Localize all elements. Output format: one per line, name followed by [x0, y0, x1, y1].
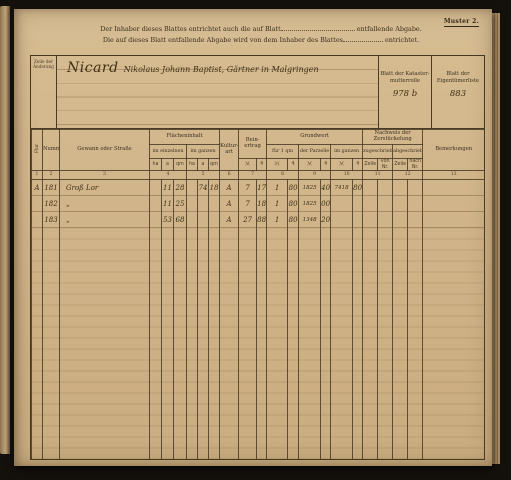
owner-name-area: Nicard Nikolaus Johann Baptist, Gärtner …: [57, 56, 378, 128]
empty-cell: [423, 228, 485, 460]
cell-e-ha: [150, 212, 162, 228]
cell-gw-ganzen-m: [331, 212, 353, 228]
katastermutterrolle-label: Blatt der Kataster­mutterrolle: [379, 71, 431, 85]
empty-table-body: [32, 228, 485, 460]
cell-ab-zeile: [393, 180, 408, 196]
empty-cell: [187, 228, 198, 460]
col-number: 3: [60, 171, 150, 180]
cell-nummer: 181: [43, 180, 60, 196]
cell-gw-parzelle-m: 1825: [299, 180, 321, 196]
cell-g-qm: [209, 212, 220, 228]
subheader-im-einzelnen: im einzelnen: [150, 145, 187, 159]
cell-e-a: 53: [162, 212, 174, 228]
cell-zu-zeile: [363, 212, 378, 228]
cell-g-a: [198, 212, 209, 228]
cell-ab-zeile: [393, 212, 408, 228]
ledger-form: Zeile der Änderung Nicard Nikolaus Johan…: [30, 55, 485, 460]
col-header-nachweis: Nachweis der Zerstückelung: [363, 130, 423, 145]
col-header-nummer: Nummer: [43, 130, 60, 171]
eigentuemerliste-value: 883: [432, 89, 484, 100]
cell-nummer: 182: [43, 196, 60, 212]
unit-mark: ℳ: [267, 159, 288, 171]
page-stack-edge: [492, 13, 500, 464]
cell-flur: [32, 196, 43, 212]
subheader-der-parzelle: der Parzelle: [299, 145, 331, 159]
col-number: 10: [331, 171, 363, 180]
cell-ab-nach: [408, 212, 423, 228]
empty-cell: [257, 228, 267, 460]
empty-cell: [209, 228, 220, 460]
unit-ha: ha: [187, 159, 198, 171]
empty-cell: [393, 228, 408, 460]
row-change-label: Zeile der Änderung: [31, 56, 57, 128]
cell-flur: A: [32, 180, 43, 196]
unit-mark: ℳ: [299, 159, 321, 171]
col-header-flaecheninhalt: Flächeninhalt: [150, 130, 220, 145]
cell-reinertrag-m: 27: [239, 212, 257, 228]
cell-flur: [32, 212, 43, 228]
unit-pfennig: ₰: [353, 159, 363, 171]
cell-gw-ganzen-pf: 80: [353, 180, 363, 196]
col-number: 7: [239, 171, 267, 180]
unit-pfennig: ₰: [257, 159, 267, 171]
cell-e-ha: [150, 180, 162, 196]
cell-gw-qm-m: 1: [267, 196, 288, 212]
cell-e-qm: 25: [174, 196, 187, 212]
empty-cell: [299, 228, 321, 460]
empty-cell: [174, 228, 187, 460]
col-number: 8: [267, 171, 299, 180]
owner-band: Zeile der Änderung Nicard Nikolaus Johan…: [31, 56, 484, 129]
cell-zu-von: [378, 196, 393, 212]
subheader-abgeschrieben: abgeschrieben: [393, 145, 423, 159]
col-number: 13: [423, 171, 485, 180]
col-header-kulturart: Kultur­art: [220, 130, 239, 171]
owner-surname: Nicard: [67, 60, 119, 76]
cell-reinertrag-m: 7: [239, 180, 257, 196]
empty-cell: [220, 228, 239, 460]
col-number: 12: [393, 171, 423, 180]
cell-g-qm: [209, 196, 220, 212]
unit-qm: qm: [174, 159, 187, 171]
col-number: 4: [150, 171, 187, 180]
cell-gw-parzelle-pf: 20: [321, 212, 331, 228]
ledger-page: Muster 2. Der Inhaber dieses Blattes ent…: [14, 9, 492, 466]
katastermutterrolle-box: Blatt der Kataster­mutterrolle 978 b: [378, 56, 431, 128]
cell-bemerkungen: [423, 212, 485, 228]
previous-page-edge: [0, 6, 10, 454]
cell-gw-ganzen-pf: [353, 196, 363, 212]
cell-gw-qm-pf: 80: [288, 196, 299, 212]
dotted-blank: [281, 24, 355, 31]
cell-g-ha: [187, 212, 198, 228]
col-number: 5: [187, 171, 220, 180]
cell-ab-nach: [408, 180, 423, 196]
cell-g-ha: [187, 180, 198, 196]
cell-gw-parzelle-pf: 40: [321, 180, 331, 196]
empty-cell: [321, 228, 331, 460]
cell-gw-parzelle-m: 1825: [299, 196, 321, 212]
header-line-1: Der Inhaber dieses Blattes entrichtet au…: [66, 24, 456, 35]
col-header-flur: Flur: [32, 130, 43, 171]
cell-kulturart: A: [220, 180, 239, 196]
cell-gw-qm-pf: 80: [288, 212, 299, 228]
cell-nummer: 183: [43, 212, 60, 228]
empty-cell: [267, 228, 288, 460]
cell-gw-ganzen-pf: [353, 212, 363, 228]
cell-bemerkungen: [423, 196, 485, 212]
eigentuemerliste-box: Blatt der Eigentümerliste 883: [431, 56, 484, 128]
cell-zu-zeile: [363, 180, 378, 196]
empty-cell: [150, 228, 162, 460]
empty-cell: [162, 228, 174, 460]
empty-cell: [331, 228, 353, 460]
unit-zeile: Zeile: [393, 159, 408, 171]
cell-gw-qm-m: 1: [267, 180, 288, 196]
empty-cell: [239, 228, 257, 460]
cell-kulturart: A: [220, 196, 239, 212]
unit-nach-nr: nach Nr.: [408, 159, 423, 171]
printed-header: Der Inhaber dieses Blattes entrichtet au…: [66, 24, 456, 46]
cell-reinertrag-pf: 88: [257, 212, 267, 228]
unit-mark: ℳ: [331, 159, 353, 171]
cell-gw-ganzen-m: 7418: [331, 180, 353, 196]
scanned-ledger-page: { "page": { "marker": "Muster 2." }, "he…: [0, 0, 511, 480]
table-row: 183 „ 53 68 A 27 88 1 80 1348 20: [32, 212, 485, 228]
empty-cell: [32, 228, 43, 460]
cell-reinertrag-pf: 17: [257, 180, 267, 196]
cell-kulturart: A: [220, 212, 239, 228]
cell-gw-ganzen-m: [331, 196, 353, 212]
empty-cell: [353, 228, 363, 460]
subheader-zugeschrieben: zugeschrieben: [363, 145, 393, 159]
empty-cell: [408, 228, 423, 460]
cell-gewann: „: [60, 196, 150, 212]
empty-cell: [288, 228, 299, 460]
cell-e-qm: 68: [174, 212, 187, 228]
unit-mark: ℳ: [239, 159, 257, 171]
header-line-2: Die auf dieses Blatt entfallende Abgabe …: [66, 35, 456, 46]
unit-a: a: [198, 159, 209, 171]
col-number: 11: [363, 171, 393, 180]
col-header-grundwert: Grundwert: [267, 130, 363, 145]
cell-bemerkungen: [423, 180, 485, 196]
cell-gw-qm-m: 1: [267, 212, 288, 228]
col-header-reinertrag: Rein­ertrag: [239, 130, 267, 159]
unit-ha: ha: [150, 159, 162, 171]
subheader-fuer-1qm: für 1 qm: [267, 145, 299, 159]
unit-a: a: [162, 159, 174, 171]
subheader-im-ganzen: im ganzen: [187, 145, 220, 159]
empty-cell: [60, 228, 150, 460]
cell-gw-parzelle-pf: 00: [321, 196, 331, 212]
cell-g-ha: [187, 196, 198, 212]
cell-reinertrag-m: 7: [239, 196, 257, 212]
col-number: 1: [32, 171, 43, 180]
empty-cell: [43, 228, 60, 460]
empty-cell: [198, 228, 209, 460]
unit-zeile: Zeile: [363, 159, 378, 171]
owner-details: Nikolaus Johann Baptist, Gärtner in Malg…: [124, 65, 319, 74]
col-header-bemerkungen: Bemerkungen: [423, 130, 485, 171]
unit-pfennig: ₰: [288, 159, 299, 171]
cell-reinertrag-pf: 18: [257, 196, 267, 212]
dotted-blank: [343, 35, 383, 42]
cell-g-a: [198, 196, 209, 212]
cell-e-a: 11: [162, 196, 174, 212]
table-row: A 181 Groß Lor 11 28 74 18 A 7 17 1 80 1…: [32, 180, 485, 196]
cell-gw-parzelle-m: 1348: [299, 212, 321, 228]
parcel-table: Flur Nummer Gewann oder Straße Flächenin…: [31, 129, 485, 459]
unit-pfennig: ₰: [321, 159, 331, 171]
eigentuemerliste-label: Blatt der Eigentümerliste: [432, 71, 484, 85]
owner-handwriting: Nicard Nikolaus Johann Baptist, Gärtner …: [67, 57, 319, 76]
table-row: 182 „ 11 25 A 7 18 1 80 1825 00: [32, 196, 485, 212]
unit-von-nr: von Nr.: [378, 159, 393, 171]
col-number: 2: [43, 171, 60, 180]
unit-qm: qm: [209, 159, 220, 171]
katastermutterrolle-value: 978 b: [379, 89, 431, 100]
cell-ab-zeile: [393, 196, 408, 212]
cell-ab-nach: [408, 196, 423, 212]
cell-gw-qm-pf: 80: [288, 180, 299, 196]
subheader-im-ganzen-2: im ganzen: [331, 145, 363, 159]
cell-e-ha: [150, 196, 162, 212]
empty-cell: [378, 228, 393, 460]
cell-zu-zeile: [363, 196, 378, 212]
cell-g-qm: 18: [209, 180, 220, 196]
cell-gewann: „: [60, 212, 150, 228]
col-number: 6: [220, 171, 239, 180]
cell-e-qm: 28: [174, 180, 187, 196]
cell-zu-von: [378, 212, 393, 228]
cell-zu-von: [378, 180, 393, 196]
cell-e-a: 11: [162, 180, 174, 196]
empty-cell: [363, 228, 378, 460]
cell-gewann: Groß Lor: [60, 180, 150, 196]
col-number: 9: [299, 171, 331, 180]
cell-g-a: 74: [198, 180, 209, 196]
col-header-gewann: Gewann oder Straße: [60, 130, 150, 171]
